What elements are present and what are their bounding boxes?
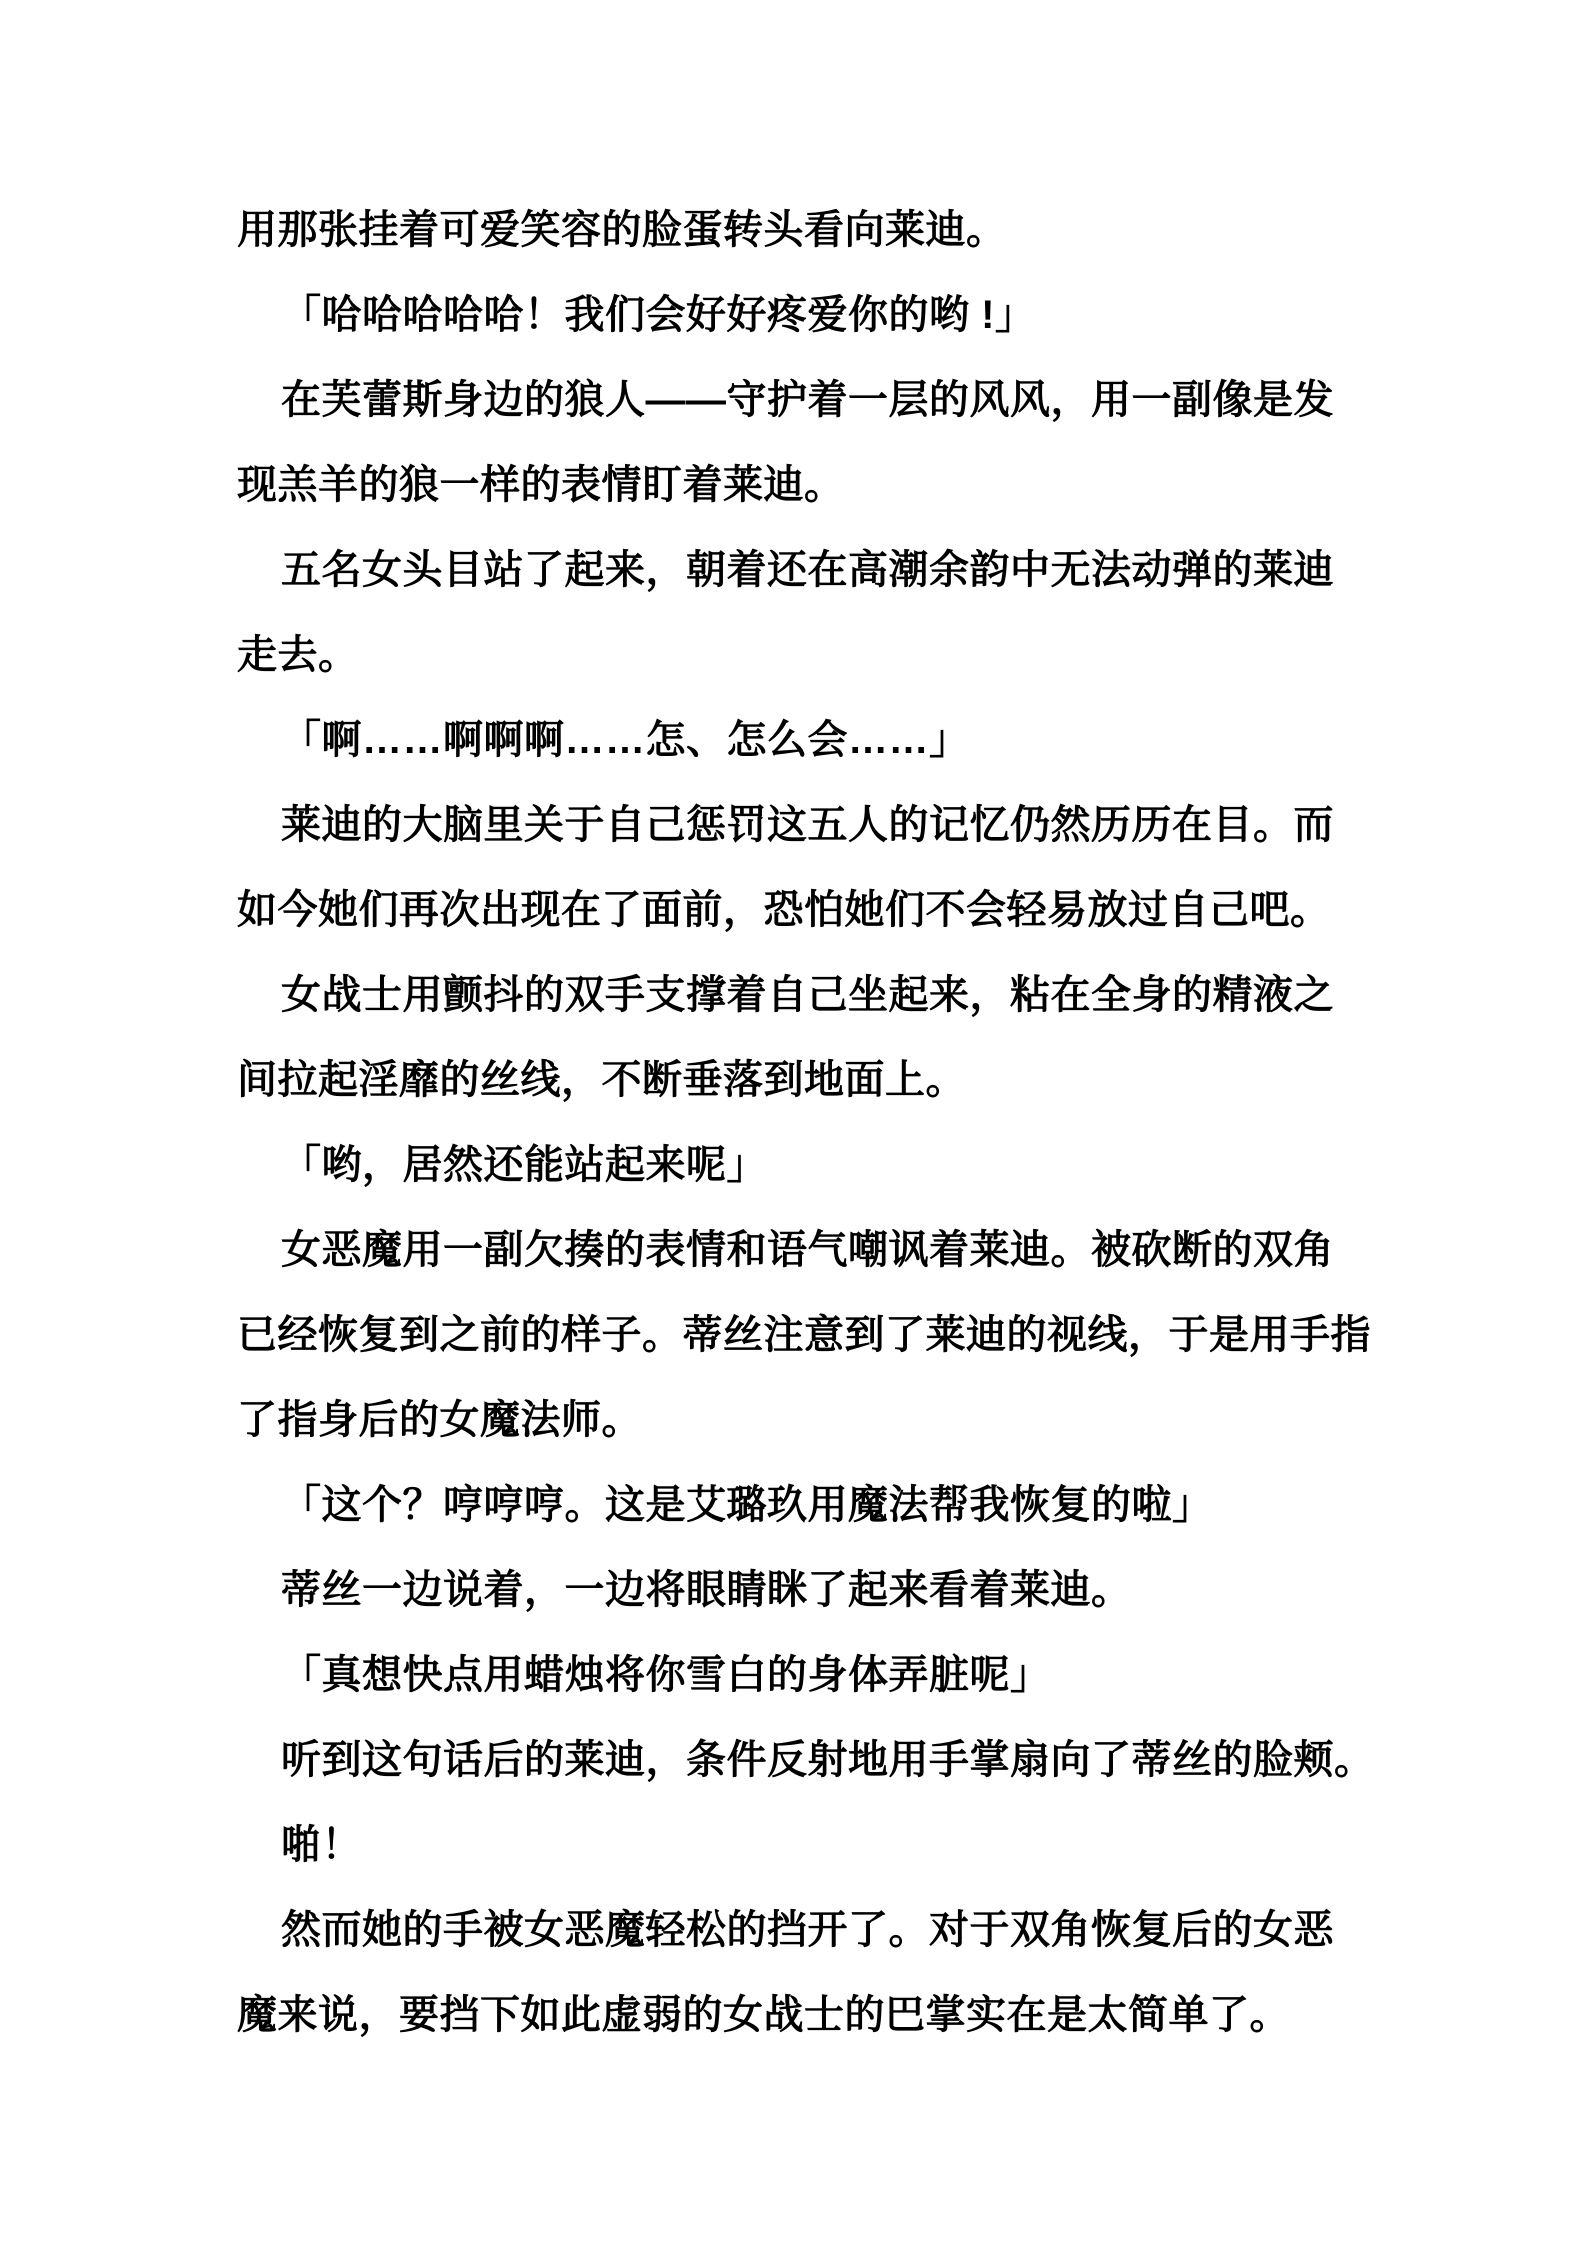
text-line: 「哈哈哈哈哈！我们会好好疼爱你的哟 !」 [237,273,1447,358]
text-line: 现羔羊的狼一样的表情盯着莱迪。 [237,443,1447,528]
text-block: 用那张挂着可爱笑容的脸蛋转头看向莱迪。「哈哈哈哈哈！我们会好好疼爱你的哟 !」在… [237,188,1447,2058]
text-line: 在芙蕾斯身边的狼人——守护着一层的风风，用一副像是发 [237,358,1447,443]
text-line: 「真想快点用蜡烛将你雪白的身体弄脏呢」 [237,1633,1447,1718]
text-line: 「啊……啊啊啊……怎、怎么会……」 [237,698,1447,783]
text-line: 五名女头目站了起来，朝着还在高潮余韵中无法动弹的莱迪 [237,528,1447,613]
text-line: 间拉起淫靡的丝线，不断垂落到地面上。 [237,1038,1447,1123]
text-line: 如今她们再次出现在了面前，恐怕她们不会轻易放过自己吧。 [237,868,1447,953]
novel-page: 用那张挂着可爱笑容的脸蛋转头看向莱迪。「哈哈哈哈哈！我们会好好疼爱你的哟 !」在… [0,0,1587,2245]
text-line: 莱迪的大脑里关于自己惩罚这五人的记忆仍然历历在目。而 [237,783,1447,868]
text-line: 用那张挂着可爱笑容的脸蛋转头看向莱迪。 [237,188,1447,273]
text-line: 蒂丝一边说着，一边将眼睛眯了起来看着莱迪。 [237,1548,1447,1633]
text-line: 女战士用颤抖的双手支撑着自己坐起来，粘在全身的精液之 [237,953,1447,1038]
text-line: 已经恢复到之前的样子。蒂丝注意到了莱迪的视线，于是用手指 [237,1293,1447,1378]
text-line: 啪！ [237,1803,1447,1888]
text-line: 魔来说，要挡下如此虚弱的女战士的巴掌实在是太简单了。 [237,1973,1447,2058]
text-line: 了指身后的女魔法师。 [237,1378,1447,1463]
text-line: 走去。 [237,613,1447,698]
text-line: 然而她的手被女恶魔轻松的挡开了。对于双角恢复后的女恶 [237,1888,1447,1973]
text-line: 「哟，居然还能站起来呢」 [237,1123,1447,1208]
text-line: 女恶魔用一副欠揍的表情和语气嘲讽着莱迪。被砍断的双角 [237,1208,1447,1293]
text-line: 「这个？哼哼哼。这是艾璐玖用魔法帮我恢复的啦」 [237,1463,1447,1548]
text-line: 听到这句话后的莱迪，条件反射地用手掌扇向了蒂丝的脸颊。 [237,1718,1447,1803]
